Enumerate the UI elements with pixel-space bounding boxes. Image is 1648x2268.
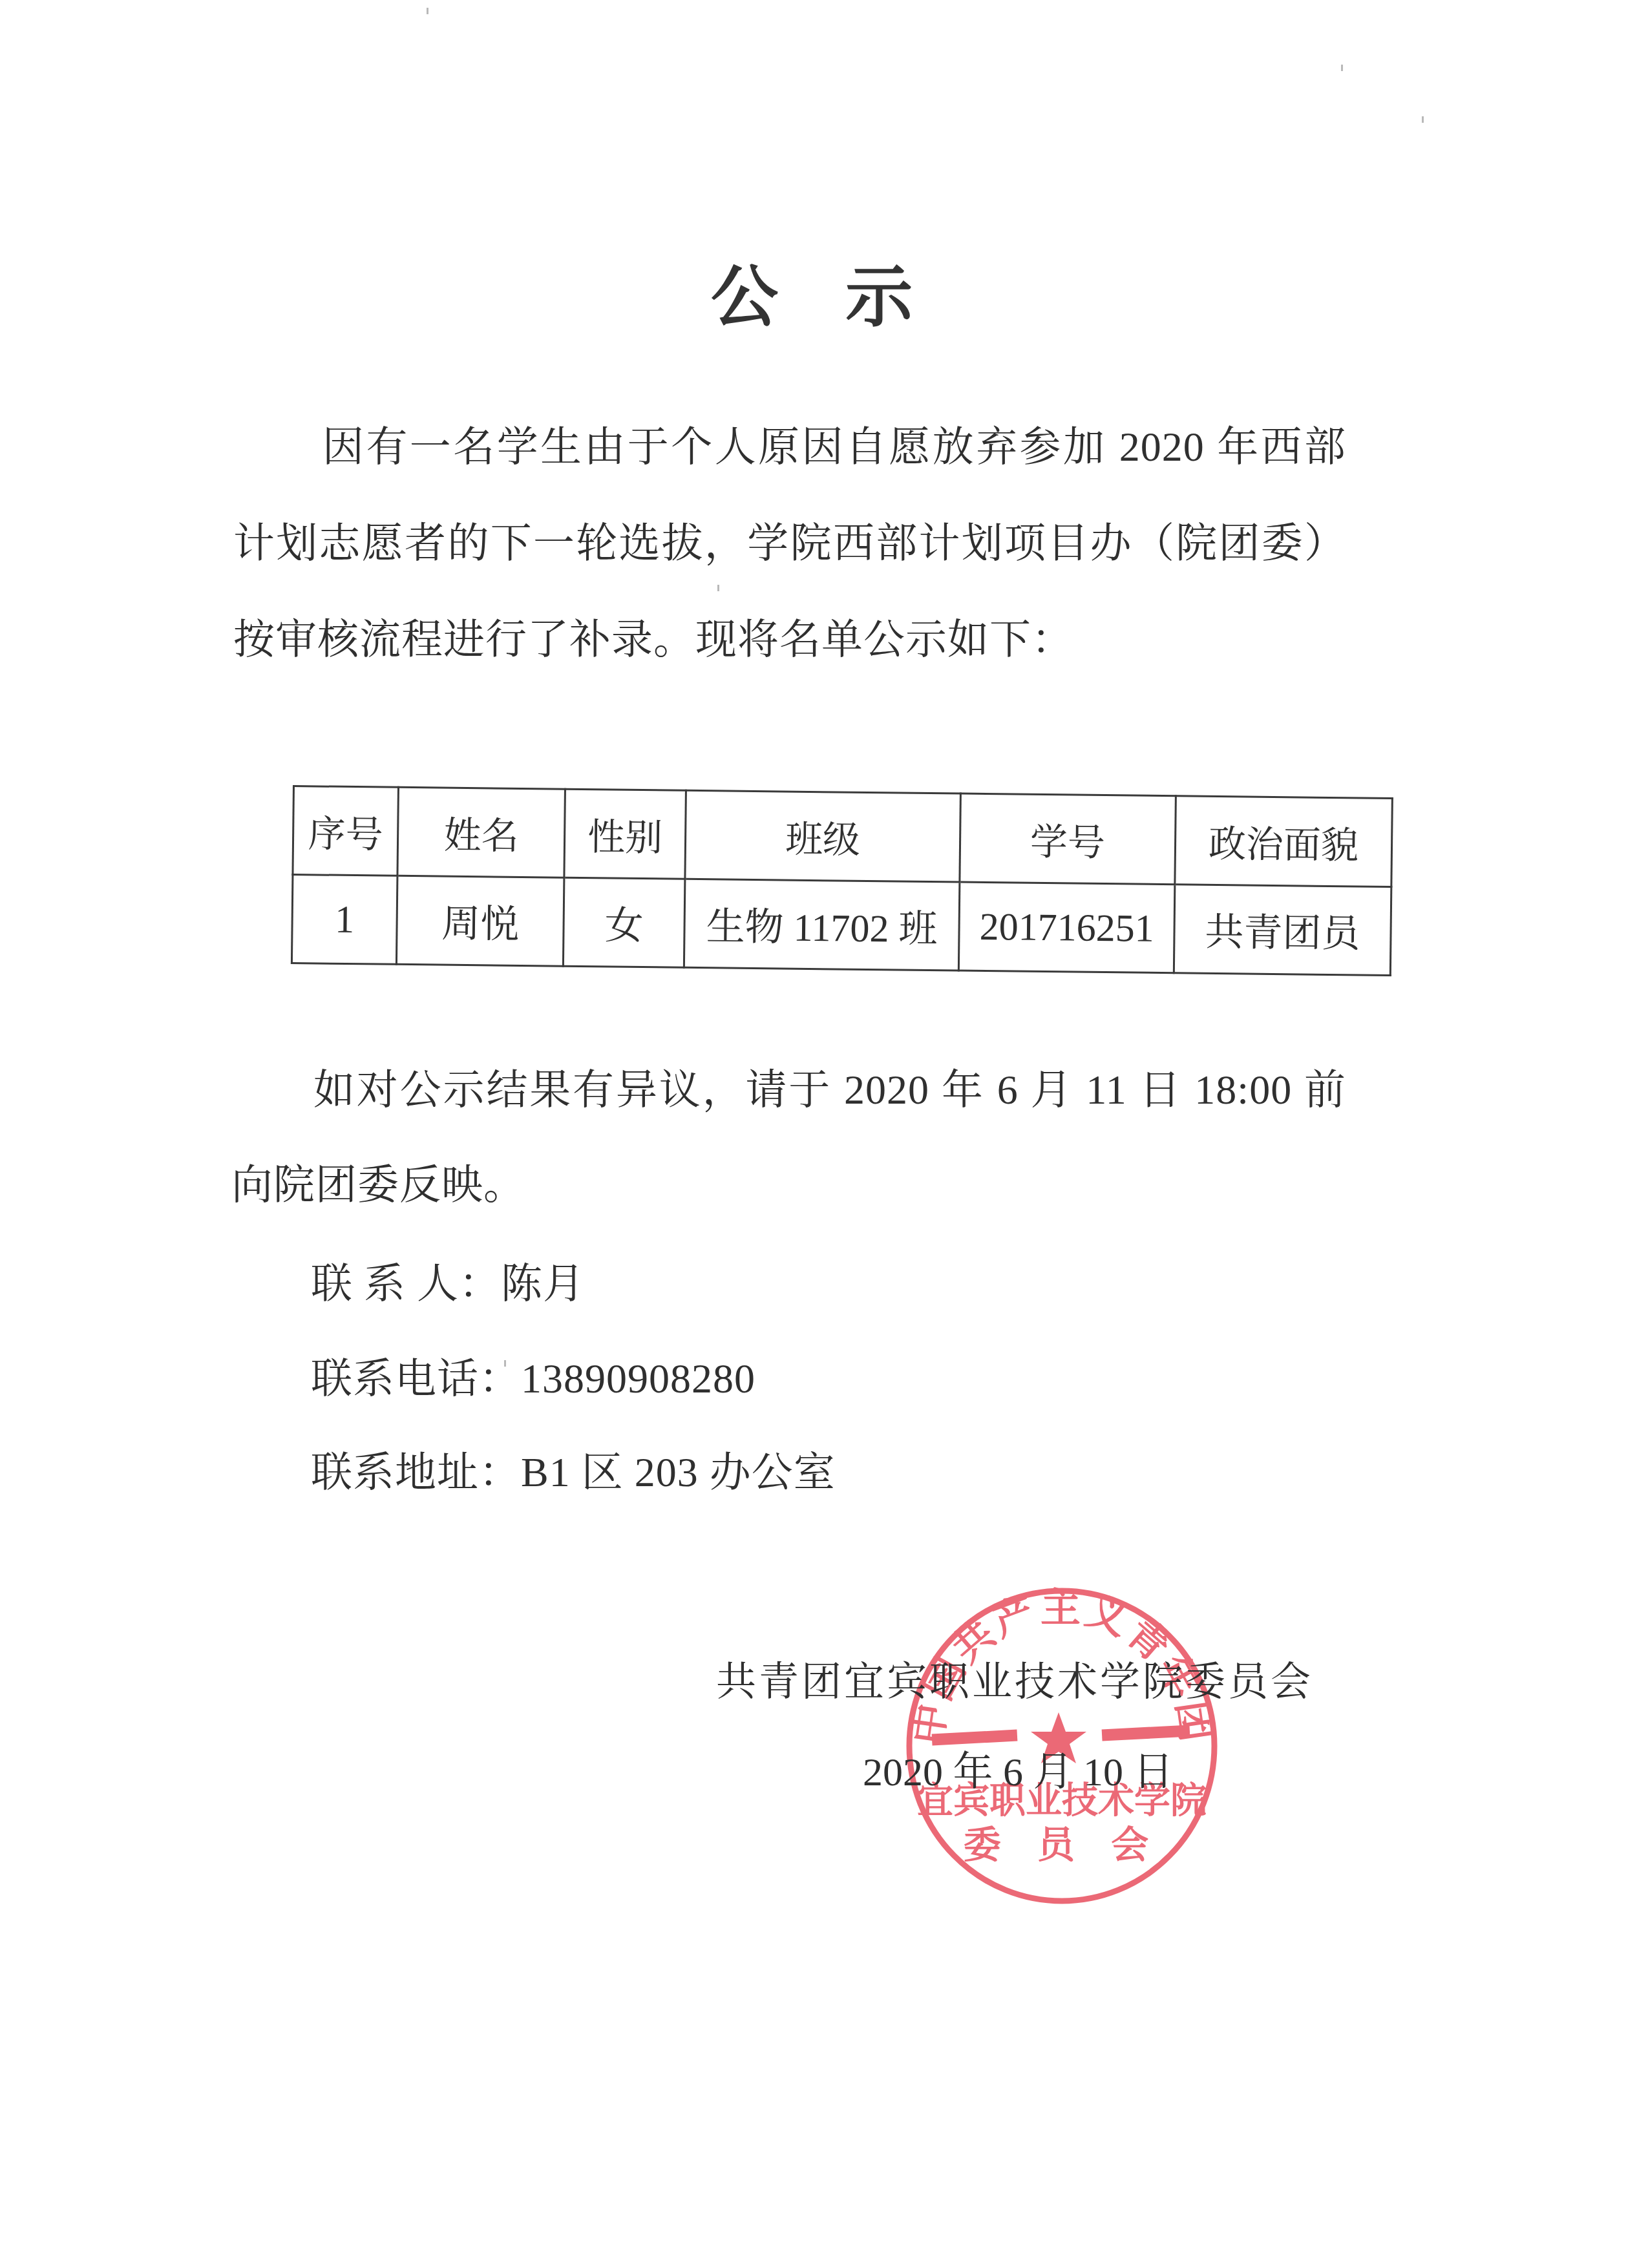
paragraph1-line-2: 计划志愿者的下一轮选拔，学院西部计划项目办（院团委）: [233, 523, 1346, 564]
contact-phone-value: 13890908280: [521, 1356, 755, 1402]
signature-organization: 共青团宜宾职业技术学院委员会: [716, 1663, 1313, 1703]
header-political-status: 政治面貌: [1175, 796, 1393, 887]
contact-address: 联系地址：B1 区 203 办公室: [311, 1452, 836, 1493]
paragraph1-line-1: 因有一名学生由于个人原因自愿放弃参加 2020 年西部: [322, 426, 1346, 468]
scan-speck: [427, 8, 428, 14]
header-name: 姓名: [397, 787, 565, 877]
paragraph2-line-1: 如对公示结果有异议，请于 2020 年 6 月 11 日 18:00 前: [313, 1069, 1346, 1111]
official-seal: 中国共产主义青年团 宜宾职业技术学院 委 员 会: [903, 1586, 1220, 1906]
scan-speck: [1422, 116, 1424, 123]
contact-phone-label: 联系电话：: [311, 1356, 521, 1402]
contact-address-label: 联系地址：: [311, 1449, 521, 1495]
cell-class: 生物 11702 班: [684, 879, 960, 971]
cell-index: 1: [291, 875, 397, 965]
roster-table-container: 序号 姓名 性别 班级 学号 政治面貌 1 周悦 女 生物 11702 班 20…: [291, 785, 1391, 976]
table-header-row: 序号 姓名 性别 班级 学号 政治面貌: [293, 786, 1392, 887]
table-row: 1 周悦 女 生物 11702 班 201716251 共青团员: [291, 875, 1391, 976]
scan-speck: [504, 1360, 506, 1367]
cell-student-id: 201716251: [958, 882, 1175, 973]
contact-phone: 联系电话：13890908280: [311, 1358, 755, 1400]
contact-address-value: B1 区 203 办公室: [521, 1449, 836, 1495]
cell-gender: 女: [563, 877, 685, 967]
seal-inner-line-2: 委 员 会: [964, 1823, 1160, 1867]
contact-person: 联 系 人：陈月: [311, 1263, 585, 1305]
roster-table: 序号 姓名 性别 班级 学号 政治面貌 1 周悦 女 生物 11702 班 20…: [291, 785, 1393, 976]
paragraph2-line-2: 向院团委反映。: [231, 1164, 525, 1206]
document-title: 公 示: [711, 264, 935, 331]
cell-political-status: 共青团员: [1174, 885, 1391, 976]
scan-speck: [1341, 65, 1343, 71]
contact-person-value: 陈月: [501, 1261, 585, 1307]
signature-date: 2020 年 6 月 10 日: [863, 1752, 1174, 1792]
scan-speck: [717, 585, 719, 591]
header-student-id: 学号: [960, 793, 1176, 885]
header-class: 班级: [685, 790, 961, 882]
header-index: 序号: [293, 786, 399, 876]
header-gender: 性别: [564, 789, 686, 879]
contact-person-label: 联 系 人：: [311, 1261, 501, 1307]
cell-name: 周悦: [396, 876, 564, 966]
paragraph1-line-3: 按审核流程进行了补录。现将名单公示如下：: [233, 619, 1346, 660]
